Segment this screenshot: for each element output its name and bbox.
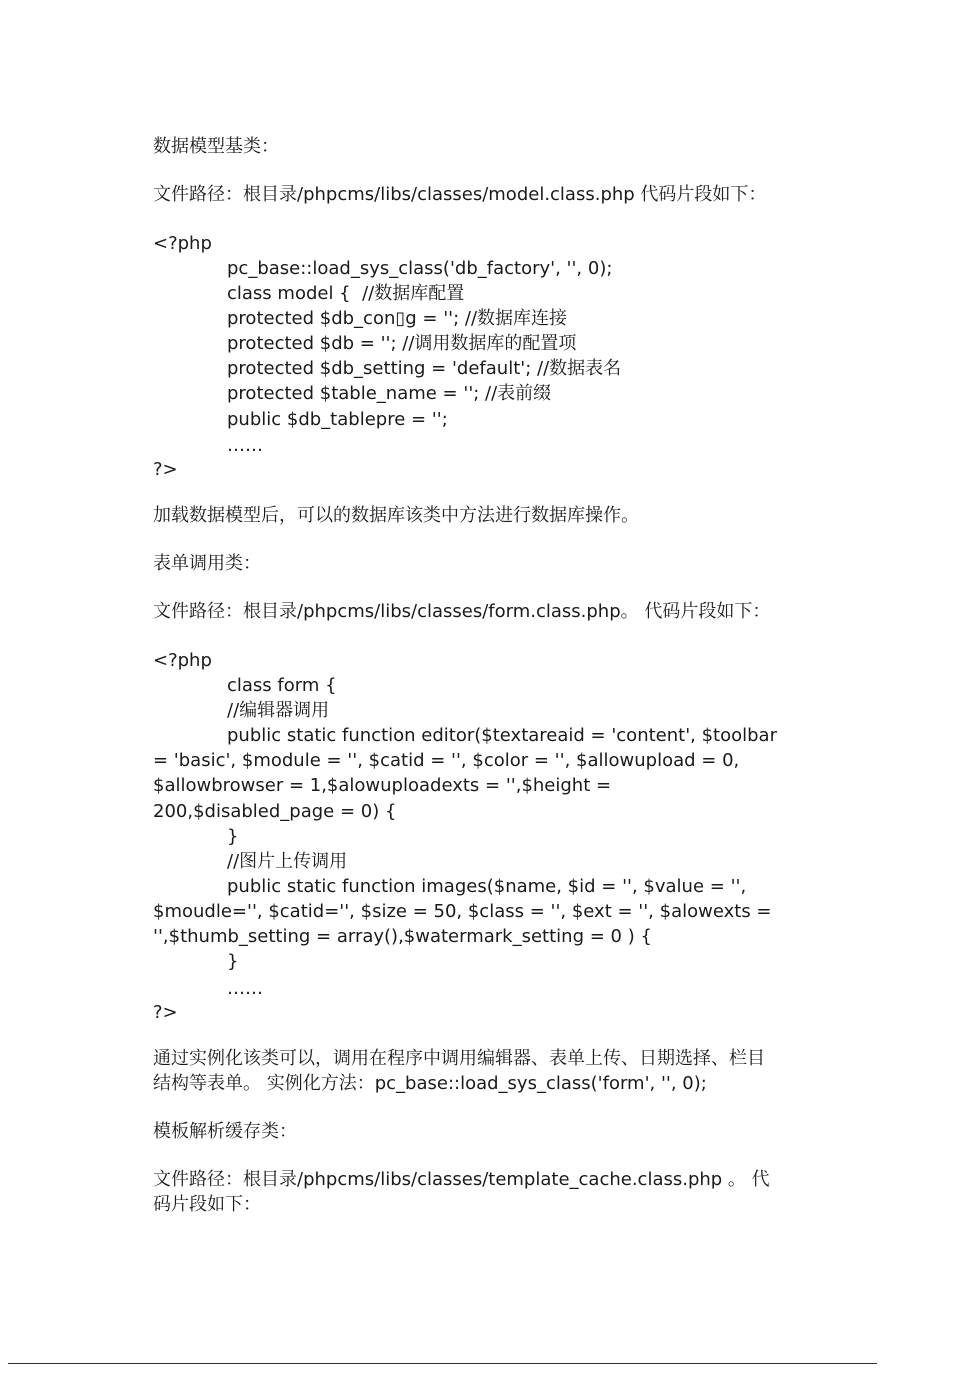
section-heading-model: 数据模型基类： <box>153 134 279 159</box>
file-path-model: 文件路径：根目录/phpcms/libs/classes/model.class… <box>153 182 766 207</box>
code-line: protected $db_setting = 'default'; //数据表… <box>227 356 621 381</box>
section-heading-form: 表单调用类： <box>153 551 261 576</box>
description-form-line-1: 通过实例化该类可以，调用在程序中调用编辑器、表单上传、日期选择、栏目 <box>153 1046 765 1071</box>
code-line: public $db_tablepre = ''; <box>227 407 448 432</box>
code-line: 200,$disabled_page = 0) { <box>153 799 396 824</box>
file-path-template-cache-line-1: 文件路径：根目录/phpcms/libs/classes/template_ca… <box>153 1167 770 1192</box>
code-close-tag: ?> <box>153 1000 178 1025</box>
code-line: protected $table_name = ''; //表前缀 <box>227 381 551 406</box>
description-form-line-2: 结构等表单。 实例化方法：pc_base::load_sys_class('fo… <box>153 1071 707 1096</box>
code-comment: //编辑器调用 <box>227 698 329 723</box>
code-line: } <box>227 824 238 849</box>
code-comment: //图片上传调用 <box>227 849 347 874</box>
file-path-form: 文件路径：根目录/phpcms/libs/classes/form.class.… <box>153 599 770 624</box>
code-line: = 'basic', $module = '', $catid = '', $c… <box>153 748 739 773</box>
code-ellipsis: …… <box>227 433 263 458</box>
code-line: } <box>227 949 238 974</box>
page-bottom-divider <box>8 1363 877 1364</box>
code-line: class model { //数据库配置 <box>227 281 464 306</box>
code-line: $allowbrowser = 1,$alowuploadexts = '',$… <box>153 773 611 798</box>
code-line: protected $db_con▯g = ''; //数据库连接 <box>227 306 567 331</box>
code-close-tag: ?> <box>153 457 178 482</box>
code-line: class form { <box>227 673 337 698</box>
section-heading-template-cache: 模板解析缓存类： <box>153 1119 297 1144</box>
code-line: $moudle='', $catid='', $size = 50, $clas… <box>153 899 772 924</box>
code-line: '',$thumb_setting = array(),$watermark_s… <box>153 924 652 949</box>
code-ellipsis: …… <box>227 976 263 1001</box>
code-open-tag: <?php <box>153 231 212 256</box>
code-line: protected $db = ''; //调用数据库的配置项 <box>227 331 576 356</box>
code-line: public static function images($name, $id… <box>227 874 746 899</box>
code-line: public static function editor($textareai… <box>227 723 777 748</box>
description-model: 加载数据模型后，可以的数据库该类中方法进行数据库操作。 <box>153 503 639 528</box>
code-line: pc_base::load_sys_class('db_factory', ''… <box>227 256 612 281</box>
file-path-template-cache-line-2: 码片段如下： <box>153 1192 261 1217</box>
code-open-tag: <?php <box>153 648 212 673</box>
